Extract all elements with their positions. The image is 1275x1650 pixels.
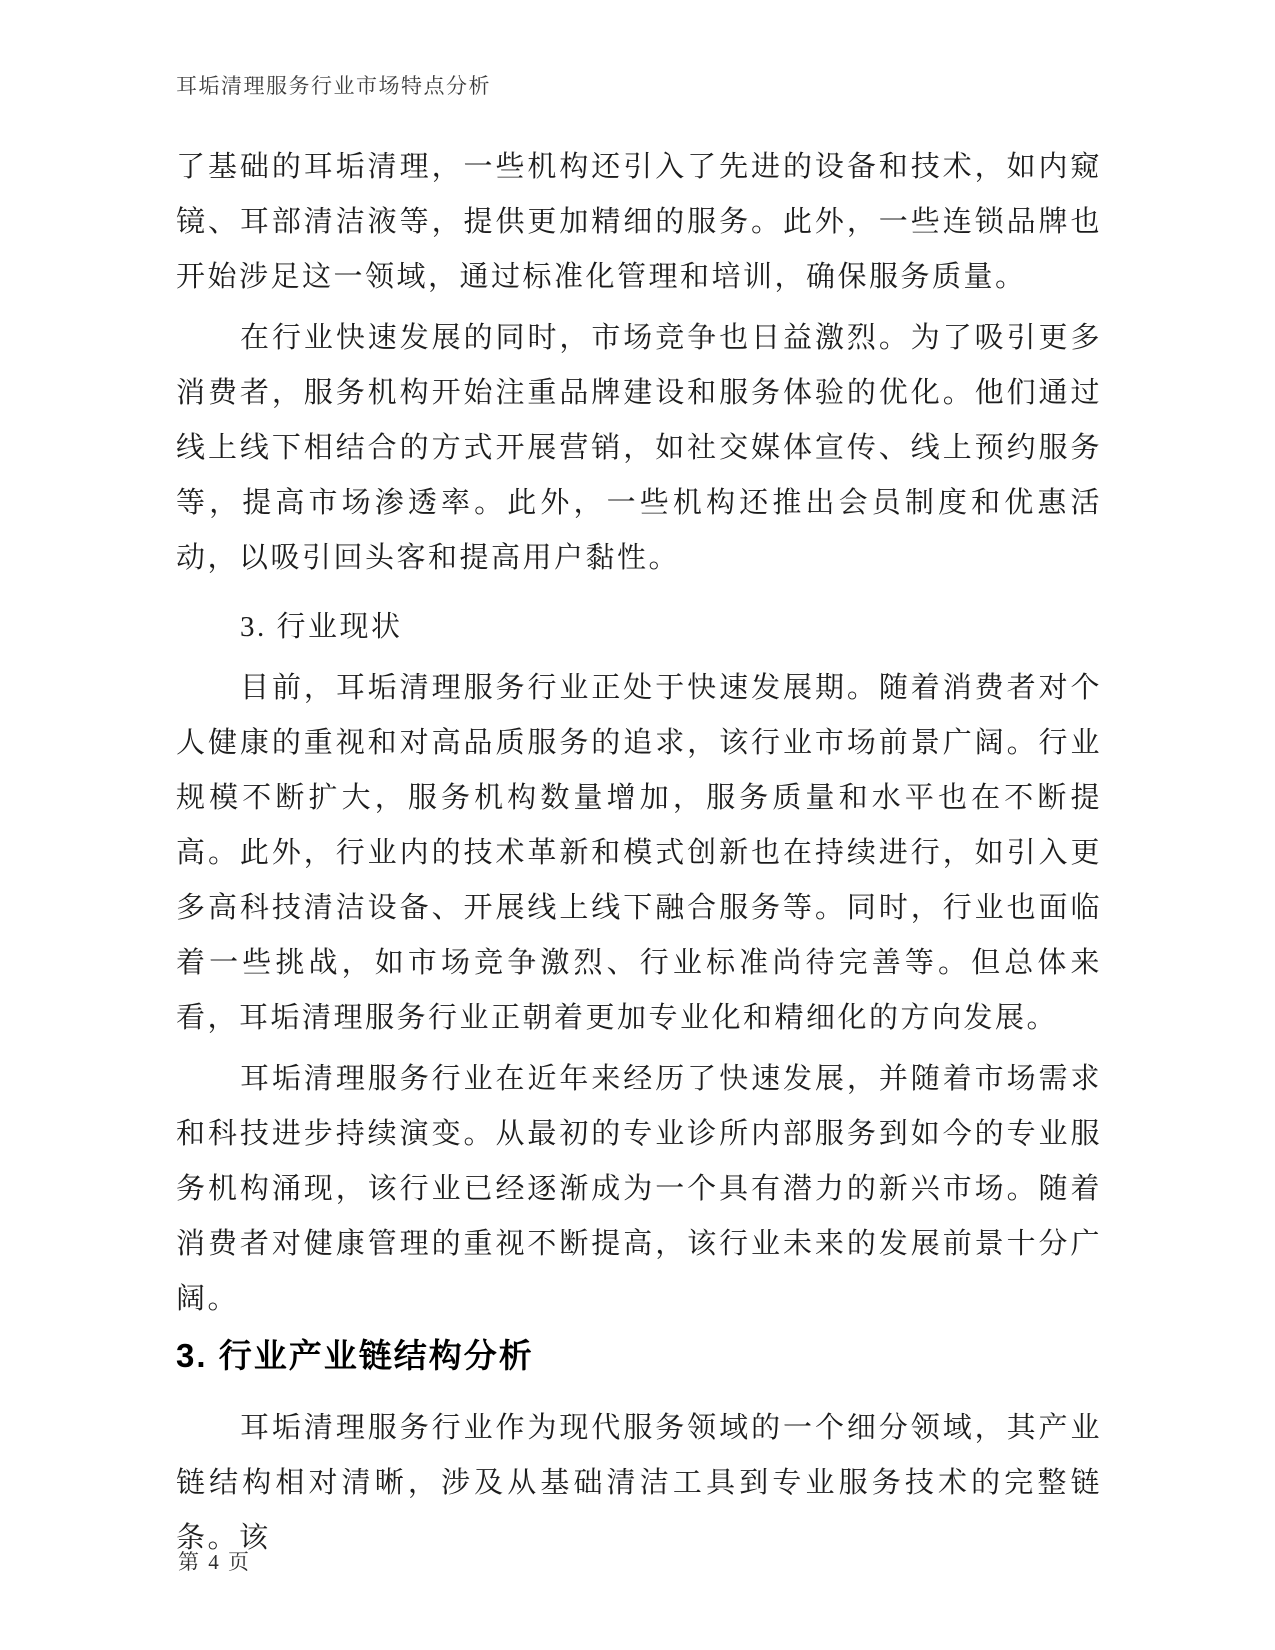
page-header: 耳垢清理服务行业市场特点分析 xyxy=(176,70,1102,100)
page-footer: 第 4 页 xyxy=(178,1546,251,1576)
paragraph: 在行业快速发展的同时，市场竞争也日益激烈。为了吸引更多消费者，服务机构开始注重品… xyxy=(176,311,1102,586)
section-heading: 3. 行业产业链结构分析 xyxy=(176,1333,1102,1379)
paragraph-continuation: 了基础的耳垢清理，一些机构还引入了先进的设备和技术，如内窥镜、耳部清洁液等，提供… xyxy=(176,140,1102,305)
paragraph: 目前，耳垢清理服务行业正处于快速发展期。随着消费者对个人健康的重视和对高品质服务… xyxy=(176,661,1102,1046)
subsection-heading: 3. 行业现状 xyxy=(176,600,1102,655)
paragraph: 耳垢清理服务行业作为现代服务领域的一个细分领域，其产业链结构相对清晰，涉及从基础… xyxy=(176,1401,1102,1566)
document-body: 了基础的耳垢清理，一些机构还引入了先进的设备和技术，如内窥镜、耳部清洁液等，提供… xyxy=(176,140,1102,1572)
document-page: 耳垢清理服务行业市场特点分析 了基础的耳垢清理，一些机构还引入了先进的设备和技术… xyxy=(0,0,1275,1650)
paragraph: 耳垢清理服务行业在近年来经历了快速发展，并随着市场需求和科技进步持续演变。从最初… xyxy=(176,1052,1102,1327)
document-title: 耳垢清理服务行业市场特点分析 xyxy=(176,74,491,98)
page-number: 第 4 页 xyxy=(178,1550,251,1574)
